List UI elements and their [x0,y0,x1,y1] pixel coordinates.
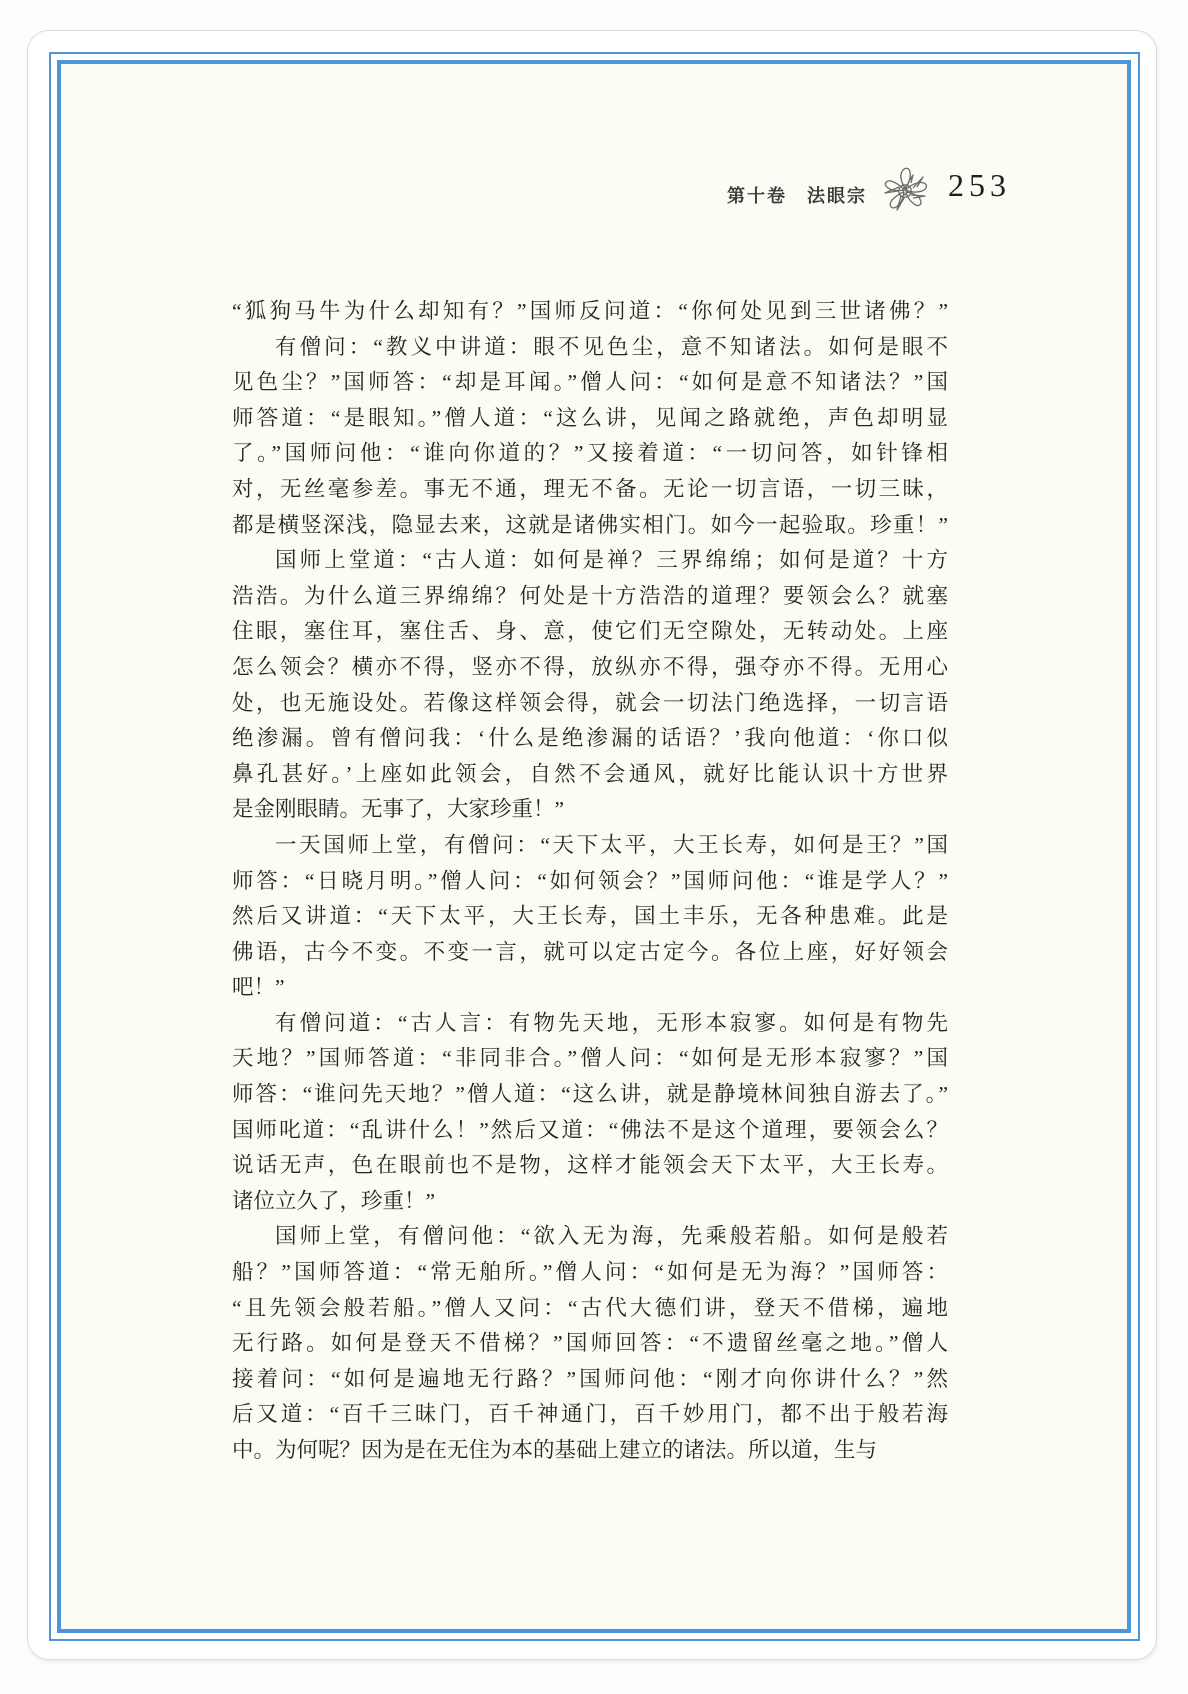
text-line: 住眼，塞住耳，塞住舌、身、意，使它们无空隙处，无转动处。上座 [232,614,948,650]
text-line: 了。”国师问他：“谁向你道的？”又接着道：“一切问答，如针锋相 [232,436,948,472]
text-line: 处，也无施设处。若像这样领会得，就会一切法门绝选择，一切言语 [232,686,948,722]
text-line: 师答：“谁问先天地？”僧人道：“这么讲，就是静境林间独自游去了。” [232,1077,948,1113]
text-line: 诸位立久了，珍重！” [232,1184,948,1220]
text-line: 对，无丝毫参差。事无不通，理无不备。无论一切言语，一切三昧， [232,472,948,508]
text-line: 国师上堂道：“古人道：如何是禅？三界绵绵；如何是道？十方 [232,543,948,579]
text-line: 是金刚眼睛。无事了，大家珍重！” [232,792,948,828]
text-line: 中。为何呢？因为是在无住为本的基础上建立的诸法。所以道，生与 [232,1433,948,1469]
page-header: 第十卷法眼宗 253 [0,165,1188,217]
text-line: 见色尘？”国师答：“却是耳闻。”僧人问：“如何是意不知诸法？”国 [232,365,948,401]
text-line: 说话无声，色在眼前也不是物，这样才能领会天下太平，大王长寿。 [232,1148,948,1184]
text-line: 接着问：“如何是遍地无行路？”国师问他：“刚才向你讲什么？”然 [232,1362,948,1398]
body-text: “狐狗马牛为什么却知有？”国师反问道：“你何处见到三世诸佛？”有僧问：“教义中讲… [232,294,948,1469]
text-line: 有僧问道：“古人言：有物先天地，无形本寂寥。如何是有物先 [232,1006,948,1042]
volume-label: 第十卷 [727,186,787,206]
chapter-title: 第十卷法眼宗 [727,182,867,208]
text-line: 后又道：“百千三昧门，百千神通门，百千妙用门，都不出于般若海 [232,1397,948,1433]
text-line: “且先领会般若船。”僧人又问：“古代大德们讲，登天不借梯，遍地 [232,1291,948,1327]
text-line: 无行路。如何是登天不借梯？”国师回答：“不遗留丝毫之地。”僧人 [232,1326,948,1362]
text-line: “狐狗马牛为什么却知有？”国师反问道：“你何处见到三世诸佛？” [232,294,948,330]
text-line: 佛语，古今不变。不变一言，就可以定古定今。各位上座，好好领会 [232,935,948,971]
text-line: 鼻孔甚好。’上座如此领会，自然不会通风，就好比能认识十方世界 [232,757,948,793]
text-line: 都是横竖深浅，隐显去来，这就是诸佛实相门。如今一起验取。珍重！” [232,508,948,544]
text-line: 师答道：“是眼知。”僧人道：“这么讲，见闻之路就绝，声色却明显 [232,401,948,437]
page-number: 253 [948,167,1011,204]
text-line: 怎么领会？横亦不得，竖亦不得，放纵亦不得，强夺亦不得。无用心 [232,650,948,686]
flower-ornament-icon [873,165,937,221]
text-line: 绝渗漏。曾有僧问我：‘什么是绝渗漏的话语？’我向他道：‘你口似 [232,721,948,757]
text-line: 然后又讲道：“天下太平，大王长寿，国土丰乐，无各种患难。此是 [232,899,948,935]
text-line: 一天国师上堂，有僧问：“天下太平，大王长寿，如何是王？”国 [232,828,948,864]
text-line: 吧！” [232,970,948,1006]
text-line: 船？”国师答道：“常无舶所。”僧人问：“如何是无为海？”国师答： [232,1255,948,1291]
text-line: 天地？”国师答道：“非同非合。”僧人问：“如何是无形本寂寥？”国 [232,1041,948,1077]
text-line: 国师上堂，有僧问他：“欲入无为海，先乘般若船。如何是般若 [232,1219,948,1255]
text-line: 国师叱道：“乱讲什么！”然后又道：“佛法不是这个道理，要领会么？ [232,1113,948,1149]
text-line: 浩浩。为什么道三界绵绵？何处是十方浩浩的道理？要领会么？就塞 [232,579,948,615]
school-label: 法眼宗 [807,186,867,206]
text-line: 师答：“日晓月明。”僧人问：“如何领会？”国师问他：“谁是学人？” [232,864,948,900]
text-line: 有僧问：“教义中讲道：眼不见色尘，意不知诸法。如何是眼不 [232,330,948,366]
